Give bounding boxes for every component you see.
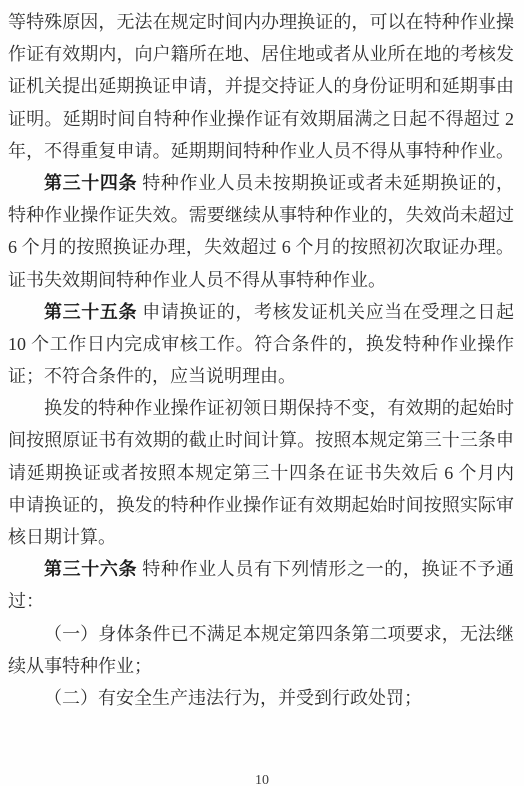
text-line: 作证有效期内，向户籍所在地、居住地或者从业所在地的考核发 <box>8 38 514 70</box>
text-run: 续从事特种作业； <box>8 656 152 676</box>
text-run: 证；不符合条件的，应当说明理由。 <box>8 366 296 386</box>
text-line: 年，不得重复申请。延期期间特种作业人员不得从事特种作业。 <box>8 135 514 167</box>
text-run: 作证有效期内，向户籍所在地、居住地或者从业所在地的考核发 <box>8 44 514 64</box>
text-line: 证明。延期时间自特种作业操作证有效期届满之日起不得超过 2 <box>8 103 514 135</box>
text-run: （一）身体条件已不满足本规定第四条第二项要求，无法继 <box>44 624 514 644</box>
text-line: 间按照原证书有效期的截止时间计算。按照本规定第三十三条申 <box>8 424 514 456</box>
text-run: 申请换证的，考核发证机关应当在受理之日起 <box>137 302 514 322</box>
text-line: 10 个工作日内完成审核工作。符合条件的，换发特种作业操作 <box>8 328 514 360</box>
text-line: 证书失效期间特种作业人员不得从事特种作业。 <box>8 264 514 296</box>
text-run: 间按照原证书有效期的截止时间计算。按照本规定第三十三条申 <box>8 430 514 450</box>
page-number: 10 <box>0 771 524 786</box>
text-line: 证；不符合条件的，应当说明理由。 <box>8 360 514 392</box>
text-run: 特种作业操作证失效。需要继续从事特种作业的，失效尚未超过 <box>8 205 514 225</box>
text-line: 申请换证的，换发的特种作业操作证有效期起始时间按照实际审 <box>8 489 514 521</box>
text-run: 年，不得重复申请。延期期间特种作业人员不得从事特种作业。 <box>8 141 514 161</box>
text-run: 核日期计算。 <box>8 527 116 547</box>
article-number: 第三十四条 <box>44 173 137 193</box>
text-line: 第三十五条 申请换证的，考核发证机关应当在受理之日起 <box>8 296 514 328</box>
text-line: 6 个月的按照换证办理，失效超过 6 个月的按照初次取证办理。 <box>8 231 514 263</box>
text-line: （二）有安全生产违法行为，并受到行政处罚； <box>8 682 514 714</box>
text-run: （二）有安全生产违法行为，并受到行政处罚； <box>44 688 422 708</box>
text-line: （一）身体条件已不满足本规定第四条第二项要求，无法继 <box>8 618 514 650</box>
text-run: 等特殊原因，无法在规定时间内办理换证的，可以在特种作业操 <box>8 12 514 32</box>
text-line: 续从事特种作业； <box>8 650 514 682</box>
text-line: 证机关提出延期换证申请，并提交持证人的身份证明和延期事由 <box>8 70 514 102</box>
text-line: 特种作业操作证失效。需要继续从事特种作业的，失效尚未超过 <box>8 199 514 231</box>
text-run: 证书失效期间特种作业人员不得从事特种作业。 <box>8 270 386 290</box>
text-run: 申请换证的，换发的特种作业操作证有效期起始时间按照实际审 <box>8 495 514 515</box>
text-line: 核日期计算。 <box>8 521 514 553</box>
text-line: 第三十六条 特种作业人员有下列情形之一的，换证不予通 <box>8 553 514 585</box>
text-lines: 等特殊原因，无法在规定时间内办理换证的，可以在特种作业操作证有效期内，向户籍所在… <box>8 6 514 714</box>
text-run: 特种作业人员未按期换证或者未延期换证的， <box>137 173 514 193</box>
text-run: 10 个工作日内完成审核工作。符合条件的，换发特种作业操作 <box>8 334 514 354</box>
text-run: 6 个月的按照换证办理，失效超过 6 个月的按照初次取证办理。 <box>8 237 514 257</box>
text-line: 请延期换证或者按照本规定第三十四条在证书失效后 6 个月内 <box>8 457 514 489</box>
text-line: 换发的特种作业操作证初领日期保持不变，有效期的起始时 <box>8 392 514 424</box>
article-number: 第三十五条 <box>44 302 137 322</box>
document-page: 等特殊原因，无法在规定时间内办理换证的，可以在特种作业操作证有效期内，向户籍所在… <box>0 0 524 786</box>
text-run: 证机关提出延期换证申请，并提交持证人的身份证明和延期事由 <box>8 76 514 96</box>
text-run: 请延期换证或者按照本规定第三十四条在证书失效后 6 个月内 <box>8 463 514 483</box>
text-run: 特种作业人员有下列情形之一的，换证不予通 <box>137 559 514 579</box>
text-line: 过： <box>8 585 514 617</box>
text-run: 换发的特种作业操作证初领日期保持不变，有效期的起始时 <box>44 398 514 418</box>
text-run: 证明。延期时间自特种作业操作证有效期届满之日起不得超过 2 <box>8 109 514 129</box>
text-line: 等特殊原因，无法在规定时间内办理换证的，可以在特种作业操 <box>8 6 514 38</box>
text-line: 第三十四条 特种作业人员未按期换证或者未延期换证的， <box>8 167 514 199</box>
article-number: 第三十六条 <box>44 559 137 579</box>
text-run: 过： <box>8 591 44 611</box>
